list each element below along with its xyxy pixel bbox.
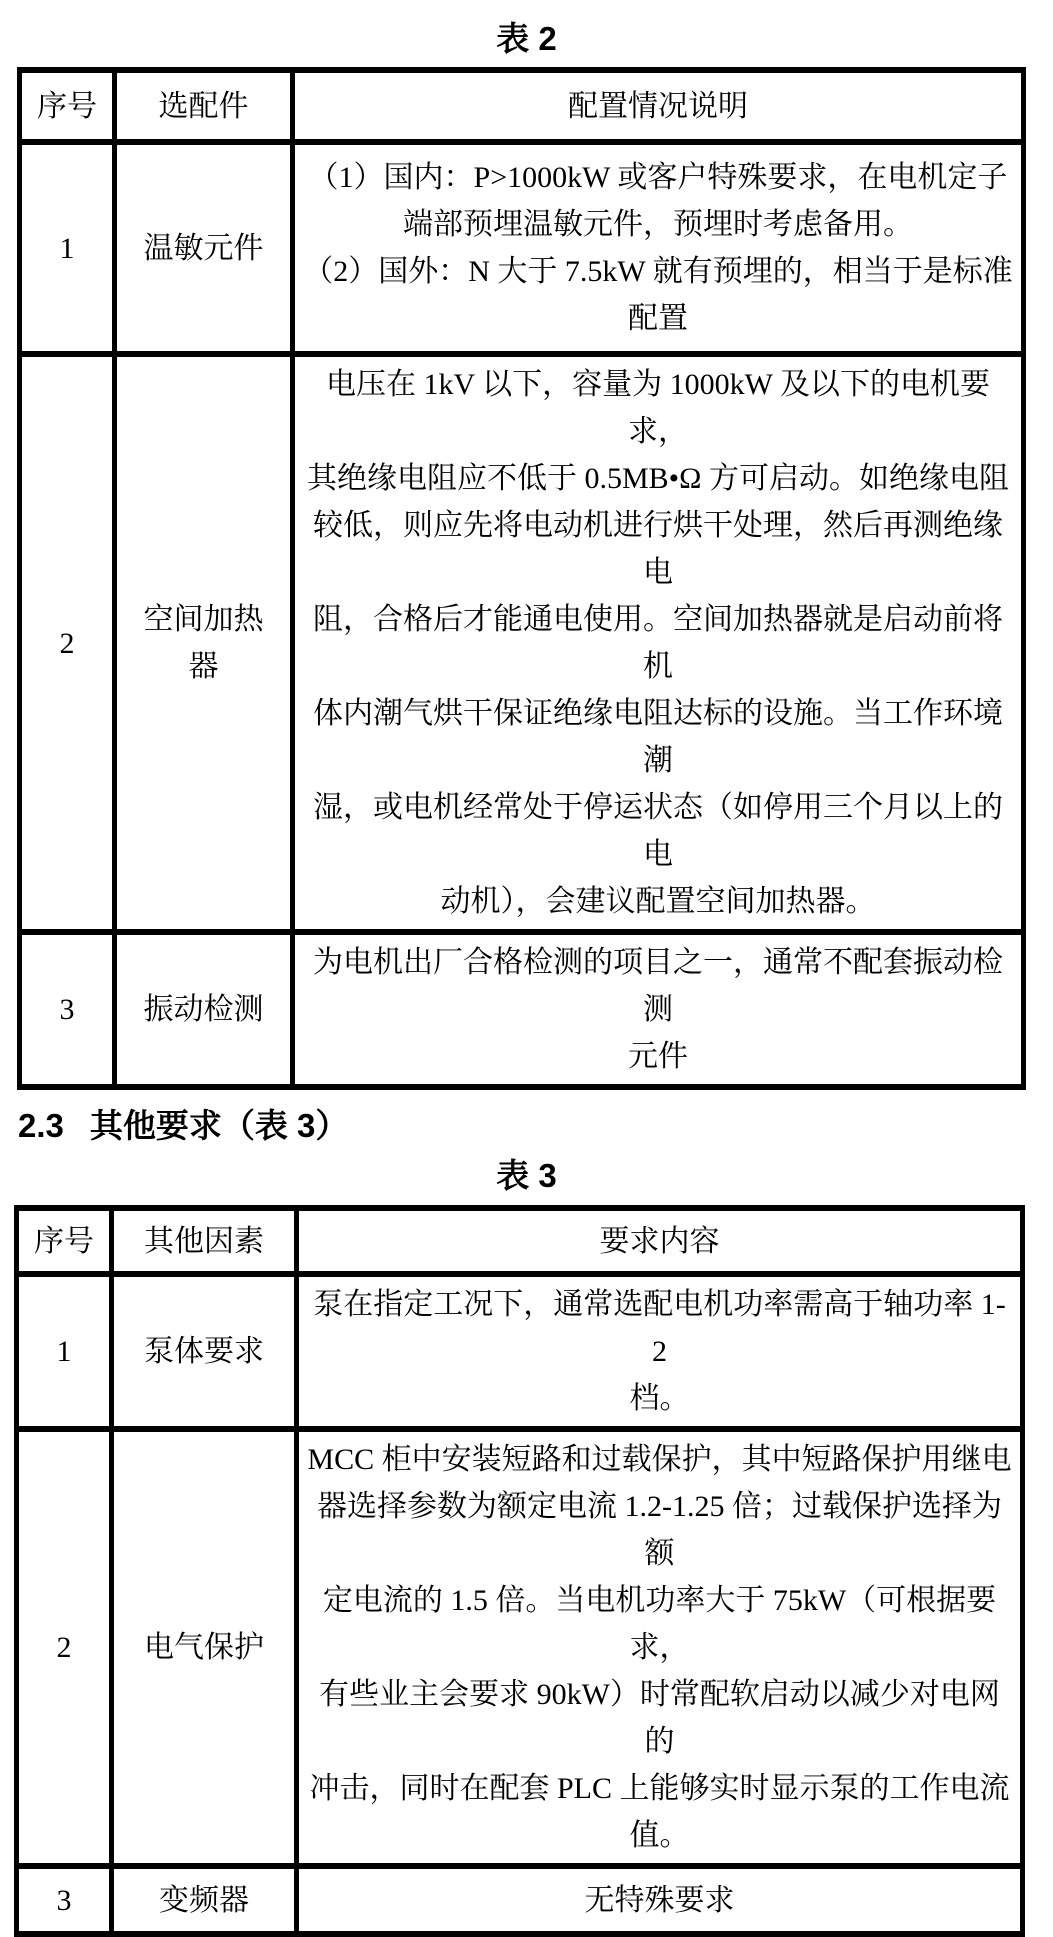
- row-number-cell: 1: [20, 142, 115, 354]
- section-heading: 2.3其他要求（表 3）: [18, 1106, 1053, 1146]
- table3-header-seq: 序号: [17, 1208, 112, 1274]
- table-row: 1 温敏元件 （1）国内：P>1000kW 或客户特殊要求，在电机定子 端部预埋…: [20, 142, 1024, 354]
- table-row: 3 振动检测 为电机出厂合格检测的项目之一，通常不配套振动检测 元件: [20, 932, 1024, 1087]
- item-cell: 温敏元件: [115, 142, 293, 354]
- table2-title: 表 2: [0, 13, 1053, 60]
- description-cell: 泵在指定工况下，通常选配电机功率需高于轴功率 1-2 档。: [297, 1274, 1023, 1429]
- table2-header-seq: 序号: [20, 70, 115, 142]
- table3-header-row: 序号 其他因素 要求内容: [17, 1208, 1023, 1274]
- description-cell: MCC 柜中安装短路和过载保护，其中短路保护用继电 器选择参数为额定电流 1.2…: [297, 1429, 1023, 1866]
- table3-header-item: 其他因素: [112, 1208, 297, 1274]
- table-row: 1 泵体要求 泵在指定工况下，通常选配电机功率需高于轴功率 1-2 档。: [17, 1274, 1023, 1429]
- table2-header-item: 选配件: [115, 70, 293, 142]
- table3-header-desc: 要求内容: [297, 1208, 1023, 1274]
- table-row: 2 电气保护 MCC 柜中安装短路和过载保护，其中短路保护用继电 器选择参数为额…: [17, 1429, 1023, 1866]
- row-number-cell: 2: [17, 1429, 112, 1866]
- description-cell: 电压在 1kV 以下，容量为 1000kW 及以下的电机要求， 其绝缘电阻应不低…: [293, 354, 1024, 932]
- row-number-cell: 1: [17, 1274, 112, 1429]
- table2-header-desc: 配置情况说明: [293, 70, 1024, 142]
- page: 表 2 序号 选配件 配置情况说明 1 温敏元件 （1）国内：P>1000kW …: [0, 13, 1053, 1937]
- section-title: 其他要求（表 3）: [90, 1107, 349, 1144]
- table2-header-row: 序号 选配件 配置情况说明: [20, 70, 1024, 142]
- row-number-cell: 3: [20, 932, 115, 1087]
- table3-title: 表 3: [0, 1150, 1053, 1197]
- row-number-cell: 2: [20, 354, 115, 932]
- description-cell: 无特殊要求: [297, 1866, 1023, 1934]
- item-cell: 空间加热 器: [115, 354, 293, 932]
- table-row: 2 空间加热 器 电压在 1kV 以下，容量为 1000kW 及以下的电机要求，…: [20, 354, 1024, 932]
- row-number-cell: 3: [17, 1866, 112, 1934]
- table3: 序号 其他因素 要求内容 1 泵体要求 泵在指定工况下，通常选配电机功率需高于轴…: [14, 1205, 1025, 1937]
- table2: 序号 选配件 配置情况说明 1 温敏元件 （1）国内：P>1000kW 或客户特…: [17, 67, 1026, 1090]
- item-cell: 变频器: [112, 1866, 297, 1934]
- item-cell: 振动检测: [115, 932, 293, 1087]
- item-cell: 泵体要求: [112, 1274, 297, 1429]
- description-cell: （1）国内：P>1000kW 或客户特殊要求，在电机定子 端部预埋温敏元件，预埋…: [293, 142, 1024, 354]
- item-cell: 电气保护: [112, 1429, 297, 1866]
- section-number: 2.3: [18, 1107, 64, 1144]
- description-cell: 为电机出厂合格检测的项目之一，通常不配套振动检测 元件: [293, 932, 1024, 1087]
- table-row: 3 变频器 无特殊要求: [17, 1866, 1023, 1934]
